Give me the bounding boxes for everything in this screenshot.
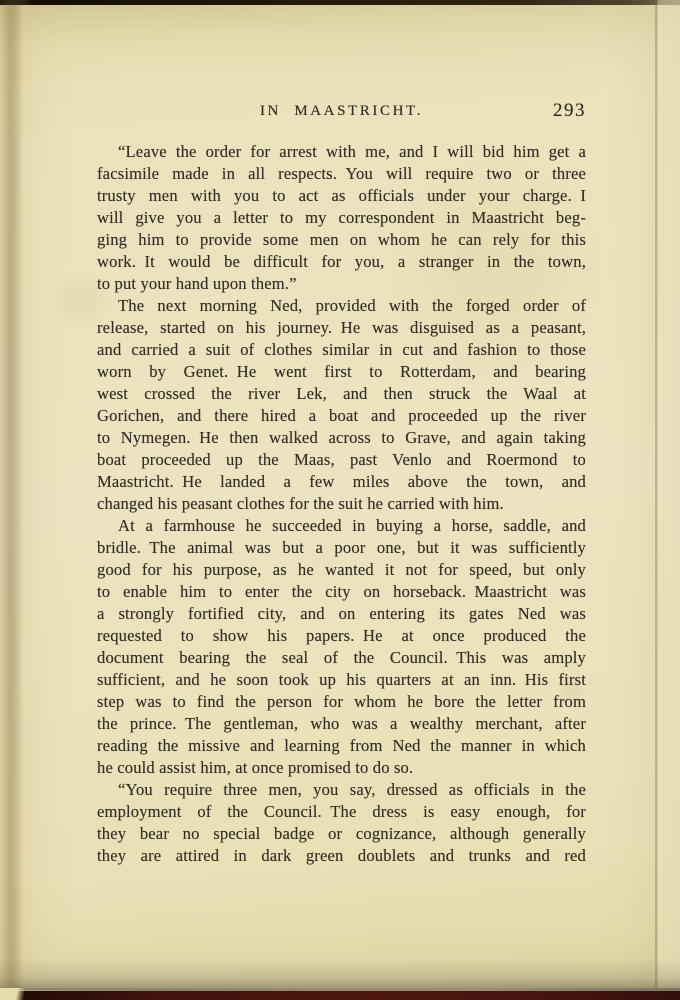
text-line: he could assist him, at once promised to… xyxy=(97,757,586,779)
text-line: the prince. The gentleman, who was a wea… xyxy=(97,713,586,735)
text-line: Maastricht. He landed a few miles above … xyxy=(97,471,586,493)
text-line: boat proceeded up the Maas, past Venlo a… xyxy=(97,449,586,471)
scanned-book-page: IN MAASTRICHT. 293 “Leave the order for … xyxy=(0,0,680,1000)
text-line: At a farmhouse he succeeded in buying a … xyxy=(97,515,586,537)
text-line: changed his peasant clothes for the suit… xyxy=(97,493,586,515)
text-line: to put your hand upon them.” xyxy=(97,273,586,295)
text-line: to enable him to enter the city on horse… xyxy=(97,581,586,603)
scan-top-dark-edge xyxy=(0,0,680,5)
page-bottom-shadow xyxy=(0,958,680,990)
text-line: bridle. The animal was but a poor one, b… xyxy=(97,537,586,559)
text-line: will give you a letter to my corresponde… xyxy=(97,207,586,229)
text-line: facsimile made in all respects. You will… xyxy=(97,163,586,185)
page-right-edge xyxy=(655,0,680,1000)
text-line: west crossed the river Lek, and then str… xyxy=(97,383,586,405)
text-line: Gorichen, and there hired a boat and pro… xyxy=(97,405,586,427)
text-line: they bear no special badge or cognizance… xyxy=(97,823,586,845)
chapter-running-title: IN MAASTRICHT. xyxy=(97,103,586,120)
text-line: release, started on his journey. He was … xyxy=(97,317,586,339)
running-header: IN MAASTRICHT. 293 xyxy=(97,103,586,125)
text-line: they are attired in dark green doublets … xyxy=(97,845,586,867)
text-line: to Nymegen. He then walked across to Gra… xyxy=(97,427,586,449)
text-line: ging him to provide some men on whom he … xyxy=(97,229,586,251)
page-number: 293 xyxy=(553,100,586,122)
text-line: document bearing the seal of the Council… xyxy=(97,647,586,669)
body-text: “Leave the order for arrest with me, and… xyxy=(97,141,586,867)
text-line: reading the missive and learning from Ne… xyxy=(97,735,586,757)
text-line: The next morning Ned, provided with the … xyxy=(97,295,586,317)
text-line: employment of the Council. The dress is … xyxy=(97,801,586,823)
book-cover-maroon-band xyxy=(0,991,680,1000)
text-line: work. It would be difficult for you, a s… xyxy=(97,251,586,273)
page-corner-notch xyxy=(0,988,30,1000)
text-line: trusty men with you to act as officials … xyxy=(97,185,586,207)
text-line: “Leave the order for arrest with me, and… xyxy=(97,141,586,163)
text-line: step was to find the person for whom he … xyxy=(97,691,586,713)
text-line: a strongly fortified city, and on enteri… xyxy=(97,603,586,625)
text-line: “You require three men, you say, dressed… xyxy=(97,779,586,801)
text-line: good for his purpose, as he wanted it no… xyxy=(97,559,586,581)
text-line: sufficient, and he soon took up his quar… xyxy=(97,669,586,691)
text-line: requested to show his papers. He at once… xyxy=(97,625,586,647)
text-line: and carried a suit of clothes similar in… xyxy=(97,339,586,361)
text-line: worn by Genet. He went first to Rotterda… xyxy=(97,361,586,383)
page-gutter-crease xyxy=(0,0,34,1000)
